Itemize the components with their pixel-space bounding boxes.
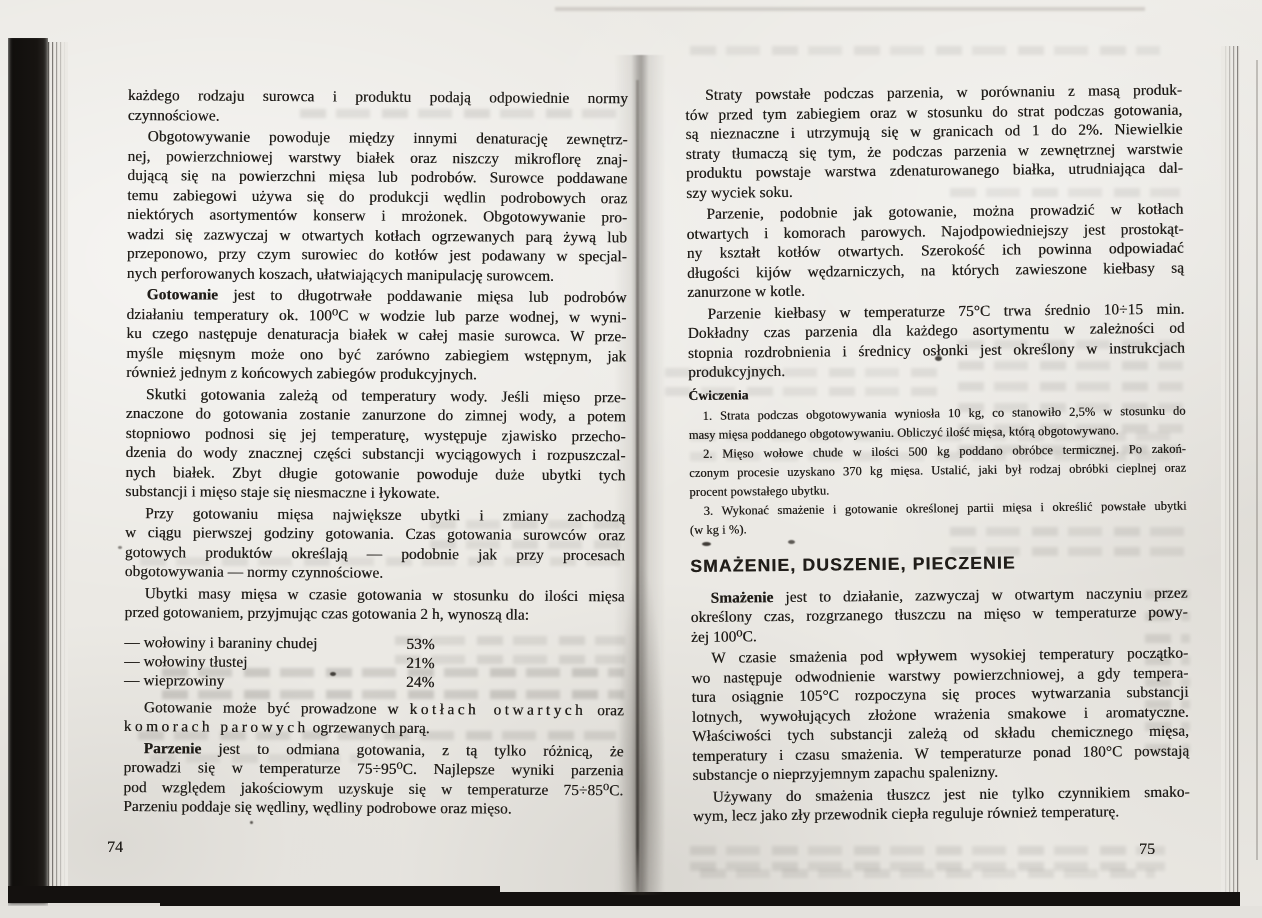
page-edges-right <box>1221 46 1240 892</box>
bleedthrough-artifact <box>958 340 1183 349</box>
text-line: Gotowanie jest to długotrwałe poddawanie… <box>127 285 627 308</box>
bleedthrough-artifact <box>1145 612 1190 621</box>
text-line: substancje o nieprzyjemnym zapachu spale… <box>692 761 1189 786</box>
ink-blot <box>330 672 336 676</box>
page-edges-left <box>48 42 68 898</box>
bleedthrough-artifact <box>1145 656 1190 665</box>
bleedthrough-artifact <box>430 520 625 529</box>
paragraph: każdego rodzaju surowca i produktu podaj… <box>128 86 628 128</box>
bleedthrough-artifact <box>300 109 620 118</box>
text-line: każdego rodzaju surowca i produktu podaj… <box>128 86 628 109</box>
paragraph: Straty powstałe podczas parzenia, w poró… <box>685 81 1183 203</box>
paragraph: Smażenie jest to działanie, zazwyczaj w … <box>690 583 1188 647</box>
bleedthrough-artifact <box>690 432 1170 441</box>
text-line: ku czego następuje denaturacja białek w … <box>126 324 626 347</box>
text-line: przed gotowaniem, przyjmując czas gotowa… <box>124 603 624 626</box>
paragraph: Gotowanie jest to długotrwałe poddawanie… <box>126 285 627 386</box>
bleedthrough-artifact <box>665 368 945 377</box>
book-scan: każdego rodzaju surowca i produktu podaj… <box>0 0 1262 918</box>
exercises: 1. Strata podczas obgotowywania wyniosła… <box>688 401 1186 539</box>
paragraph: Parzenie, podobnie jak gotowanie, można … <box>686 200 1184 303</box>
bleedthrough-artifact <box>395 655 625 664</box>
bleedthrough-artifact <box>1145 634 1190 643</box>
bleedthrough-artifact <box>958 361 1183 370</box>
bleedthrough-artifact <box>690 846 1165 855</box>
bleedthrough-artifact <box>950 547 1185 556</box>
bleedthrough-artifact <box>140 557 620 566</box>
text-line: Obgotowywanie powoduje między innymi den… <box>128 127 628 150</box>
text-line: przeponowo, przy czym surowiec do kotłów… <box>127 244 627 267</box>
bleedthrough-artifact <box>950 188 1180 197</box>
paragraph: Używany do smażenia tłuszcz jest nie tyl… <box>693 782 1190 826</box>
paragraph: W czasie smażenia pod wpływem wysokiej t… <box>691 644 1189 786</box>
book-cover-edge-left <box>8 38 48 906</box>
ink-blot <box>118 546 122 549</box>
bleedthrough-artifact <box>950 527 1185 536</box>
text-line: substancji i mięso staje się niesmaczne … <box>125 482 625 505</box>
paragraph: Obgotowywanie powoduje między innymi den… <box>127 127 628 286</box>
ink-blot <box>935 356 942 361</box>
bleedthrough-artifact <box>1145 590 1190 599</box>
book-cover-edge-bottom <box>160 892 1240 906</box>
ink-blot <box>702 542 711 546</box>
paragraph: Parzenie jest to odmiana gotowania, z tą… <box>123 738 624 819</box>
list-item-label: — wołowiny i baraniny chudej <box>124 632 406 653</box>
text-line: również jednym z końcowych zabiegów prod… <box>126 363 626 386</box>
scan-streak <box>555 7 1145 11</box>
bleedthrough-artifact <box>690 46 1160 55</box>
bleedthrough-artifact <box>665 387 945 396</box>
text-line: niektórych asortymentów konserw i mrożon… <box>127 205 627 228</box>
text-line: znaczone do gotowania zostanie zanurzone… <box>126 404 626 427</box>
bleedthrough-artifact <box>162 690 624 699</box>
paragraph: Skutki gotowania zależą od temperatury w… <box>125 384 626 504</box>
text-line: Parzeniu poddaje się wędliny, wędliny po… <box>123 797 623 820</box>
paragraph: Ubytki masy mięsa w czasie gotowania w s… <box>124 583 624 625</box>
page-74-text-column: każdego rodzaju surowca i produktu podaj… <box>123 86 628 820</box>
bleedthrough-artifact <box>150 754 360 763</box>
bleedthrough-artifact <box>958 403 1183 412</box>
scan-edge-line <box>1256 60 1258 860</box>
bleedthrough-artifact <box>1145 744 1190 753</box>
bleedthrough-artifact <box>138 731 616 740</box>
bleedthrough-artifact <box>395 636 625 645</box>
bleedthrough-artifact <box>690 452 1170 461</box>
bleedthrough-artifact <box>162 668 624 677</box>
text-line: zanurzone w kotle. <box>687 278 1184 303</box>
bleedthrough-artifact <box>1145 678 1190 687</box>
page-number: 74 <box>107 839 123 856</box>
bleedthrough-artifact <box>430 540 625 549</box>
scan-margin-bottom <box>0 906 1262 918</box>
bleedthrough-artifact <box>1145 722 1190 731</box>
text-line: nych perforowanych koszach, ułatwiającyc… <box>127 263 627 286</box>
bleedthrough-artifact <box>700 869 1155 878</box>
book-gutter-shadow <box>636 80 639 895</box>
ink-blot <box>250 821 253 824</box>
text-line: dującą się na powierzchni mięsa lub podr… <box>127 166 627 189</box>
bleedthrough-artifact <box>1145 700 1190 709</box>
bleedthrough-artifact <box>958 382 1183 391</box>
ink-blot <box>788 540 795 544</box>
text-line: dzenia do wody znacznej części substancj… <box>126 443 626 466</box>
